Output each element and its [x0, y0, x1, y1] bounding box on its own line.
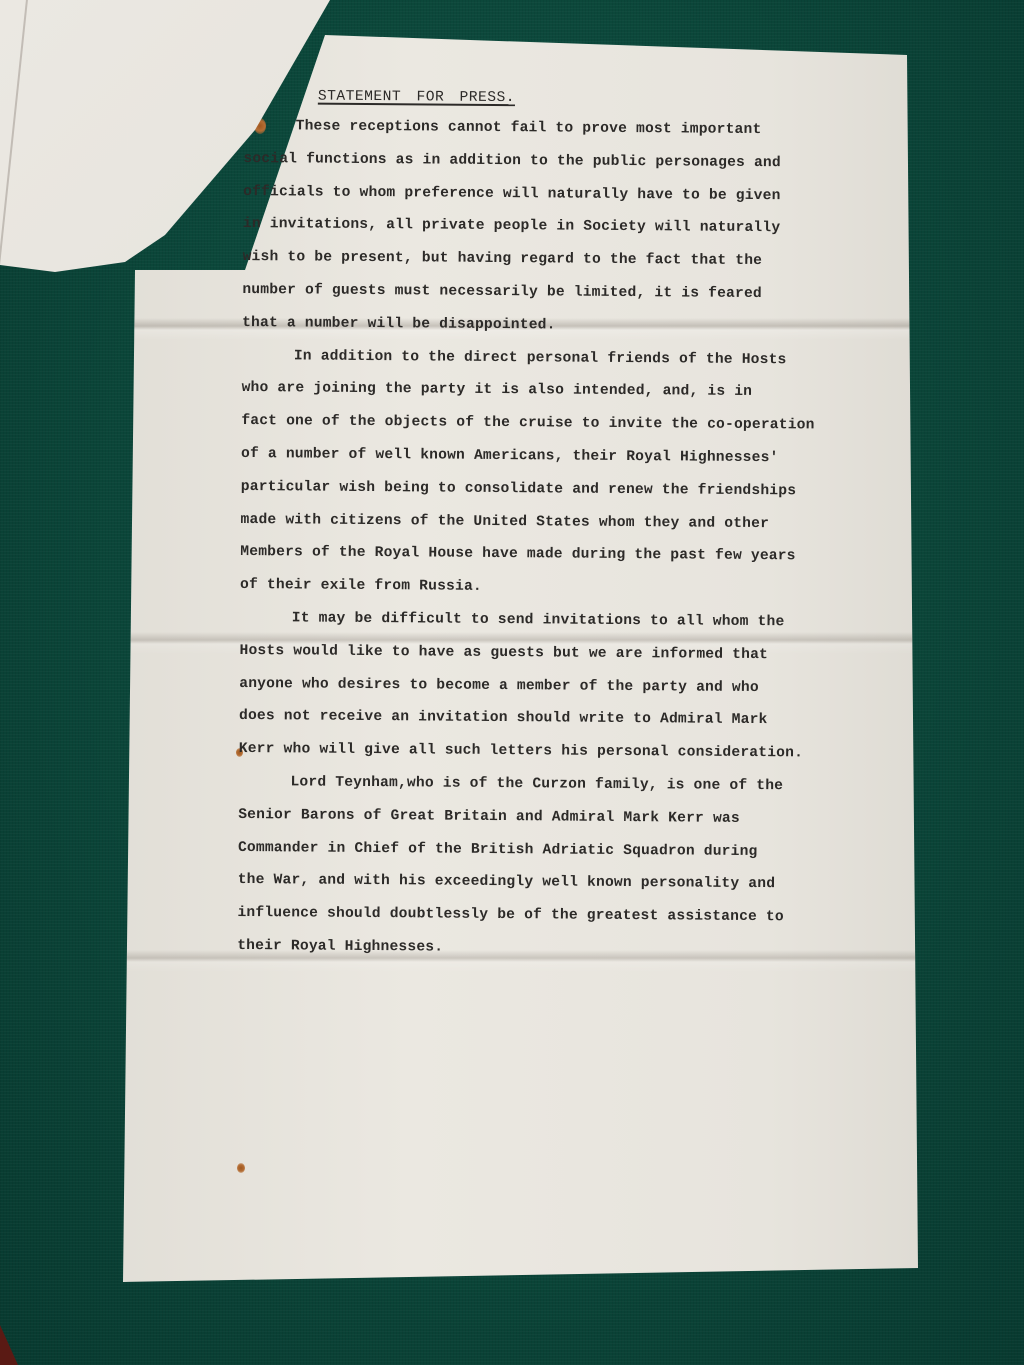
text-line: influence should doubtlessly be of the g… [237, 897, 897, 935]
text-line: Senior Barons of Great Britain and Admir… [238, 799, 898, 837]
text-line: of a number of well known Americans, the… [241, 438, 901, 476]
text-line: wish to be present, but having regard to… [242, 241, 902, 279]
flap-crease [0, 0, 28, 265]
paragraph: In addition to the direct personal frien… [240, 340, 902, 608]
text-line: particular wish being to consolidate and… [241, 471, 901, 509]
paragraph: These receptions cannot fail to prove mo… [242, 110, 904, 345]
text-line: made with citizens of the United States … [240, 504, 900, 542]
text-line: Members of the Royal House have made dur… [240, 536, 900, 574]
paragraphs: These receptions cannot fail to prove mo… [237, 110, 904, 968]
paragraph: It may be difficult to send invitations … [239, 602, 900, 771]
text-line: of their exile from Russia. [240, 569, 900, 607]
text-line: These receptions cannot fail to prove mo… [244, 110, 904, 148]
text-line: It may be difficult to send invitations … [240, 602, 900, 640]
red-object-corner [0, 1325, 18, 1365]
text-line: who are joining the party it is also int… [241, 372, 901, 410]
text-line: their Royal Highnesses. [237, 930, 897, 968]
document-body: STATEMENT FOR PRESS. These receptions ca… [237, 82, 904, 968]
text-line: in invitations, all private people in So… [243, 208, 903, 246]
text-line: fact one of the objects of the cruise to… [241, 405, 901, 443]
text-line: Commander in Chief of the British Adriat… [238, 832, 898, 870]
text-line: In addition to the direct personal frien… [242, 340, 902, 378]
text-line: Kerr who will give all such letters his … [239, 733, 899, 771]
text-line: Hosts would like to have as guests but w… [239, 635, 899, 673]
rust-stain [237, 1163, 245, 1173]
text-line: officials to whom preference will natura… [243, 176, 903, 214]
text-line: anyone who desires to become a member of… [239, 668, 899, 706]
text-line: social functions as in addition to the p… [243, 143, 903, 181]
text-line: Lord Teynham,who is of the Curzon family… [238, 766, 898, 804]
text-line: the War, and with his exceedingly well k… [238, 864, 898, 902]
text-line: does not receive an invitation should wr… [239, 700, 899, 738]
paragraph: Lord Teynham,who is of the Curzon family… [237, 766, 899, 968]
text-line: number of guests must necessarily be lim… [242, 274, 902, 312]
text-line: that a number will be disappointed. [242, 307, 902, 345]
